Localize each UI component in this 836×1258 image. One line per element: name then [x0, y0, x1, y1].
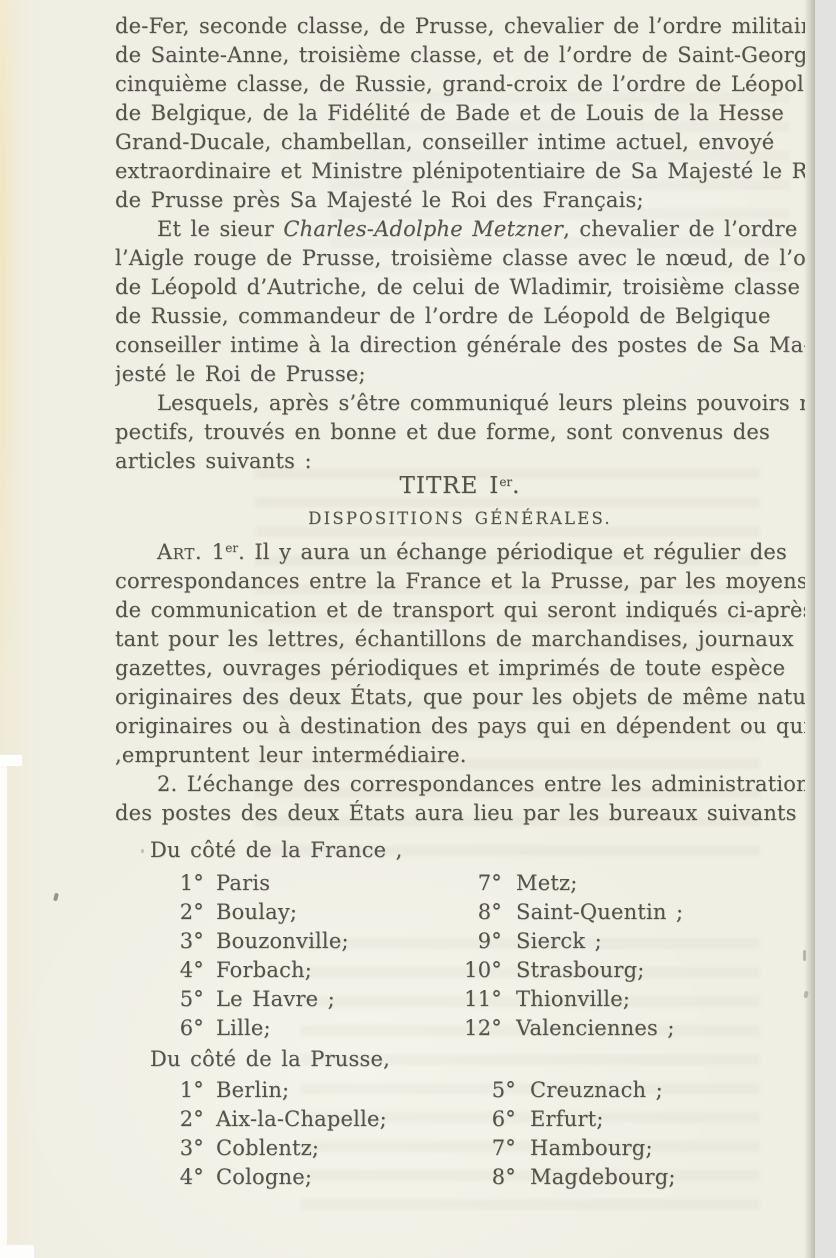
text-line: Et le sieur Charles-Adolphe Metzner, che… — [115, 215, 805, 244]
text-line: de communication et de transport qui ser… — [115, 596, 805, 625]
text-line: de-Fer, seconde classe, de Prusse, cheva… — [115, 12, 805, 41]
text-line: pectifs, trouvés en bonne et due forme, … — [115, 418, 805, 447]
list-city: Le Havre ; — [216, 985, 335, 1014]
list-city: Saint-Quentin ; — [516, 898, 683, 927]
list-heading-france: Du côté de la France , — [115, 836, 805, 865]
list-city: Lille; — [216, 1014, 271, 1043]
ink-speck — [141, 849, 144, 853]
text-line: cinquième classe, de Russie, grand-croix… — [115, 70, 805, 99]
list-city: Bouzonville; — [216, 927, 349, 956]
list-city: Forbach; — [216, 956, 312, 985]
text-run: Et le sieur — [157, 217, 283, 241]
list-row: 3°Coblentz;7°Hambourg; — [115, 1134, 805, 1163]
article-label: Art. — [157, 540, 202, 564]
list-city: Strasbourg; — [516, 956, 645, 985]
list-row: 6°Lille;12°Valenciennes ; — [115, 1014, 805, 1043]
text-line: des postes des deux États aura lieu par … — [115, 799, 805, 828]
list-number: 7° — [464, 869, 502, 898]
list-row: 4°Cologne;8°Magdebourg; — [115, 1163, 805, 1192]
list-number: 9° — [464, 927, 502, 956]
list-number: 10° — [464, 956, 502, 985]
list-number: 2° — [166, 1105, 204, 1134]
title-text: TITRE I — [400, 473, 500, 499]
scan-white-edge — [0, 764, 7, 1246]
text-line: Grand-Ducale, chambellan, conseiller int… — [115, 128, 805, 157]
list-row: 5°Le Havre ;11°Thionville; — [115, 985, 805, 1014]
title-text: . — [512, 473, 520, 499]
list-number: 8° — [464, 898, 502, 927]
text-line: Art. 1er. Il y aura un échange périodiqu… — [115, 538, 805, 567]
list-number: 1° — [166, 869, 204, 898]
text-line: de Sainte-Anne, troisième classe, et de … — [115, 41, 805, 70]
text-line: extraordinaire et Ministre plénipotentia… — [115, 157, 805, 186]
list-number: 11° — [464, 985, 502, 1014]
bureau-list-prusse: 1°Berlin;5°Creuznach ; 2°Aix-la-Chapelle… — [115, 1076, 805, 1192]
list-row: 1°Berlin;5°Creuznach ; — [115, 1076, 805, 1105]
article-superscript: er — [225, 541, 238, 555]
section-subtitle: DISPOSITIONS GÉNÉRALES. — [115, 508, 805, 530]
list-number: 6° — [166, 1014, 204, 1043]
text-line: Lesquels, après s’être communiqué leurs … — [115, 389, 805, 418]
list-city: Cologne; — [216, 1163, 312, 1192]
list-number: 12° — [464, 1014, 502, 1043]
list-city: Thionville; — [516, 985, 630, 1014]
list-row: 2°Aix-la-Chapelle;6°Erfurt; — [115, 1105, 805, 1134]
text-run: . Il y aura un échange périodique et rég… — [238, 540, 787, 564]
text-column: de-Fer, seconde classe, de Prusse, cheva… — [115, 12, 805, 1192]
text-line: de Belgique, de la Fidélité de Bade et d… — [115, 99, 805, 128]
text-line: correspondances entre la France et la Pr… — [115, 567, 805, 596]
list-city: Metz; — [516, 869, 578, 898]
person-name-italic: Charles-Adolphe Metzner — [283, 217, 563, 241]
title-superscript: er — [499, 475, 512, 489]
list-city: Paris — [216, 869, 270, 898]
text-line: gazettes, ouvrages périodiques et imprim… — [115, 654, 805, 683]
section-title: TITRE Ier. — [115, 472, 805, 501]
list-city: Hambourg; — [530, 1134, 653, 1163]
list-city: Boulay; — [216, 898, 297, 927]
list-city: Aix-la-Chapelle; — [216, 1105, 387, 1134]
list-number: 3° — [166, 927, 204, 956]
list-number: 5° — [166, 985, 204, 1014]
list-row: 2°Boulay;8°Saint-Quentin ; — [115, 898, 805, 927]
ink-speck — [803, 950, 806, 961]
text-line: l’Aigle rouge de Prusse, troisième class… — [115, 244, 805, 273]
text-line: de Russie, commandeur de l’ordre de Léop… — [115, 302, 805, 331]
scan-white-corner — [0, 1245, 34, 1258]
text-run: , chevalier de l’ordre de — [563, 217, 805, 241]
text-line: originaires ou à destination des pays qu… — [115, 712, 805, 741]
list-number: 5° — [478, 1076, 516, 1105]
page-binding-edge — [0, 0, 18, 757]
list-row: 4°Forbach;10°Strasbourg; — [115, 956, 805, 985]
list-city: Coblentz; — [216, 1134, 319, 1163]
text-line: originaires des deux États, que pour les… — [115, 683, 805, 712]
text-line: conseiller intime à la direction général… — [115, 331, 805, 360]
text-line: tant pour les lettres, échantillons de m… — [115, 625, 805, 654]
list-number: 2° — [166, 898, 204, 927]
ink-speck — [803, 991, 808, 999]
list-city: Sierck ; — [516, 927, 602, 956]
text-line: jesté le Roi de Prusse; — [115, 360, 805, 389]
list-city: Valenciennes ; — [516, 1014, 675, 1043]
list-row: 3°Bouzonville;9°Sierck ; — [115, 927, 805, 956]
list-city: Creuznach ; — [530, 1076, 663, 1105]
scanned-page: de-Fer, seconde classe, de Prusse, cheva… — [0, 0, 815, 1258]
list-city: Erfurt; — [530, 1105, 604, 1134]
text-line: 2. L’échange des correspondances entre l… — [115, 770, 805, 799]
text-line: ,empruntent leur intermédiaire. — [115, 741, 805, 770]
list-city: Berlin; — [216, 1076, 289, 1105]
bureau-list-france: 1°Paris7°Metz; 2°Boulay;8°Saint-Quentin … — [115, 869, 805, 1043]
list-number: 3° — [166, 1134, 204, 1163]
list-number: 1° — [166, 1076, 204, 1105]
list-heading-prusse: Du côté de la Prusse, — [115, 1045, 805, 1074]
text-run: 1 — [202, 540, 225, 564]
list-number: 4° — [166, 956, 204, 985]
list-row: 1°Paris7°Metz; — [115, 869, 805, 898]
scanned-document-view: { "colors": { "paper": "#f0efe4", "ink":… — [0, 0, 836, 1258]
ink-speck — [53, 893, 59, 902]
list-number: 7° — [478, 1134, 516, 1163]
list-city: Magdebourg; — [530, 1163, 676, 1192]
text-line: de Prusse près Sa Majesté le Roi des Fra… — [115, 186, 805, 215]
list-number: 8° — [478, 1163, 516, 1192]
text-line: de Léopold d’Autriche, de celui de Wladi… — [115, 273, 805, 302]
list-number: 6° — [478, 1105, 516, 1134]
list-number: 4° — [166, 1163, 204, 1192]
